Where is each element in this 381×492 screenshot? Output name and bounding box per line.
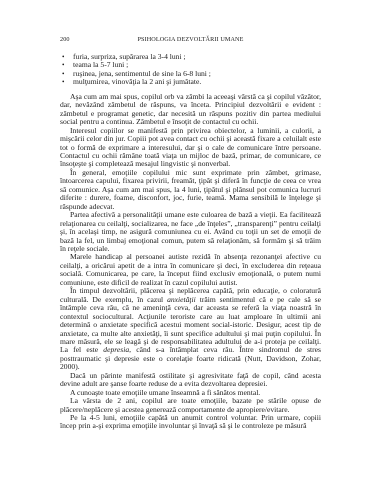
- running-header: 200 PSIHOLOGIA DEZVOLTĂRII UMANE: [60, 36, 321, 46]
- paragraph-parent-hostility: Dacă un părinte manifestă ostilitate şi …: [60, 372, 321, 389]
- paragraph-anxiety-depression: În timpul dezvoltării, plăcerea şi neplă…: [60, 287, 321, 372]
- paragraph-blind-child: Aşa cum am mai spus, copilul orb va zâmb…: [60, 93, 321, 127]
- paragraph-autism: Marele handicap al persoanei autiste rez…: [60, 253, 321, 287]
- paragraph-voluntary-control: Pe la 4-5 luni, emoţiile capătă un anumi…: [60, 414, 321, 431]
- page-number: 200: [60, 36, 84, 44]
- paragraph-emotions-expression: În general, emoţiile copilului mic sunt …: [60, 169, 321, 211]
- book-page: 200 PSIHOLOGIA DEZVOLTĂRII UMANE furia, …: [60, 36, 321, 431]
- paragraph-interest: Interesul copiilor se manifestă prin pri…: [60, 127, 321, 169]
- list-item: mulţumirea, vinovăţia la 2 ani şi jumăta…: [60, 78, 321, 86]
- running-title: PSIHOLOGIA DEZVOLTĂRII UMANE: [84, 36, 321, 44]
- paragraph-affective-part: Partea afectivă a personalităţii umane e…: [60, 211, 321, 253]
- emotion-milestones-list: furia, surpriza, supărarea la 3-4 luni ;…: [60, 53, 321, 87]
- paragraph-age-two: La vârsta de 2 ani, copilul are toate em…: [60, 397, 321, 414]
